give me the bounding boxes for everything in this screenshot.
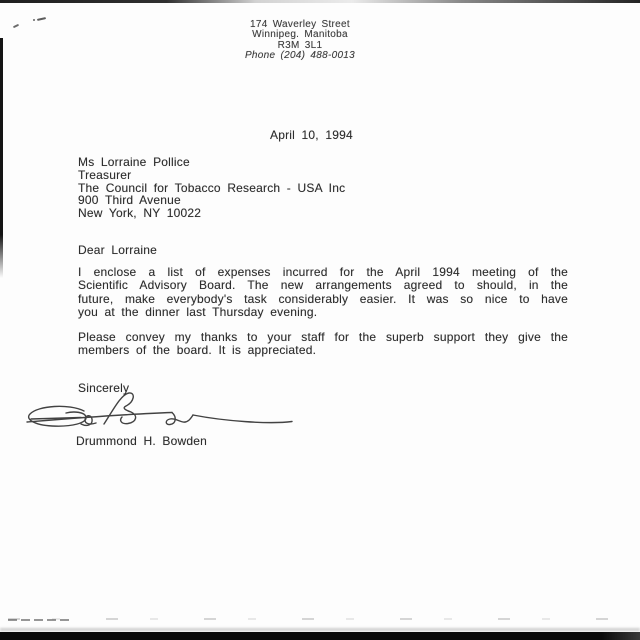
- signer-name: Drummond H. Bowden: [76, 434, 207, 448]
- body-paragraph-1: I enclose a list of expenses incurred fo…: [78, 266, 568, 320]
- recipient-address: Ms Lorraine Pollice Treasurer The Counci…: [78, 156, 345, 220]
- body-line: I enclose a list of expenses incurred fo…: [78, 266, 568, 279]
- recipient-city-state-zip: New York, NY 10022: [78, 207, 345, 220]
- scan-noise-dashes: [8, 619, 70, 621]
- letter-page: 174 Waverley Street Winnipeg. Manitoba R…: [0, 0, 640, 640]
- body-line: future, make everybody's task considerab…: [78, 293, 568, 306]
- letterhead-phone: Phone (204) 488-0013: [160, 51, 440, 61]
- salutation: Dear Lorraine: [78, 243, 157, 257]
- body-line: members of the board. It is appreciated.: [78, 344, 568, 357]
- scan-mark: [13, 24, 19, 28]
- scan-mark: [33, 19, 35, 21]
- recipient-name: Ms Lorraine Pollice: [78, 156, 345, 169]
- scan-edge-left: [0, 38, 3, 278]
- scan-mark: [37, 17, 46, 21]
- scan-noise-dashes: [8, 618, 618, 620]
- body-paragraph-2: Please convey my thanks to your staff fo…: [78, 331, 568, 358]
- letterhead: 174 Waverley Street Winnipeg. Manitoba R…: [160, 20, 440, 61]
- recipient-title: Treasurer: [78, 169, 345, 182]
- scan-edge-bottom-fuzz: [0, 628, 640, 631]
- scan-edge-top: [0, 0, 640, 3]
- date-line: April 10, 1994: [270, 128, 353, 142]
- scan-edge-bottom: [0, 632, 640, 640]
- body-line: Scientific Advisory Board. The new arran…: [78, 279, 568, 292]
- body-line: Please convey my thanks to your staff fo…: [78, 331, 568, 344]
- body-line: you at the dinner last Thursday evening.: [78, 306, 568, 319]
